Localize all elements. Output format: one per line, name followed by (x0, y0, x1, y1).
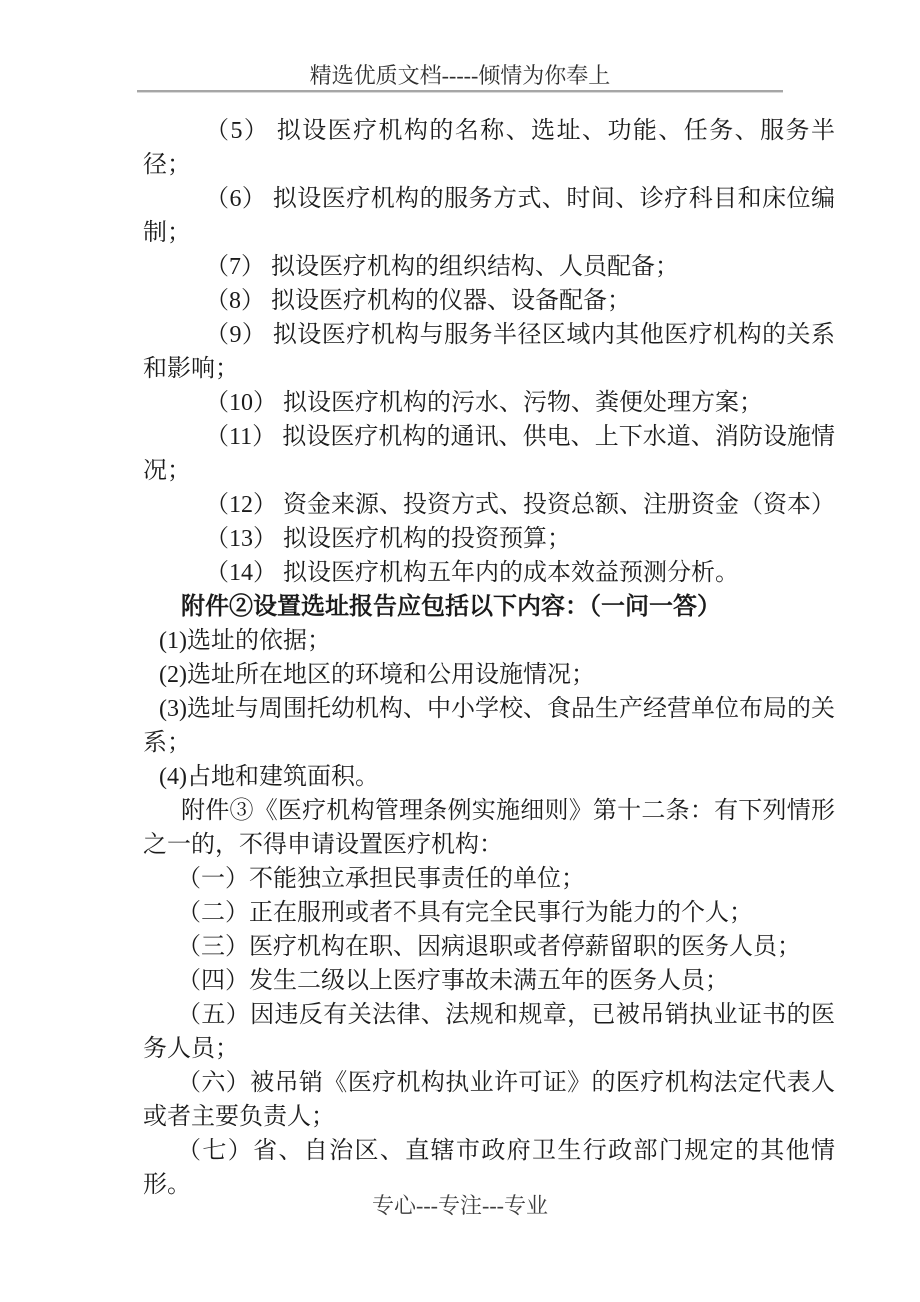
paragraph: （三）医疗机构在职、因病退职或者停薪留职的医务人员； (143, 930, 835, 964)
page-header-text: 精选优质文档-----倾情为你奉上 (137, 61, 783, 91)
document-page: 精选优质文档-----倾情为你奉上 （5） 拟设医疗机构的名称、选址、功能、任务… (0, 0, 920, 1302)
paragraph: (1)选址的依据； (143, 624, 835, 658)
paragraph: （9） 拟设医疗机构与服务半径区域内其他医疗机构的关系和影响； (143, 318, 835, 386)
paragraph: （8） 拟设医疗机构的仪器、设备配备； (143, 284, 835, 318)
paragraph: （12） 资金来源、投资方式、投资总额、注册资金（资本） (143, 488, 835, 522)
paragraph: （二）正在服刑或者不具有完全民事行为能力的个人； (143, 896, 835, 930)
paragraph: (2)选址所在地区的环境和公用设施情况； (143, 658, 835, 692)
page-footer-text: 专心---专注---专业 (0, 1192, 920, 1220)
paragraph: (4)占地和建筑面积。 (143, 760, 835, 794)
paragraph: （一）不能独立承担民事责任的单位； (143, 862, 835, 896)
paragraph: （五）因违反有关法律、法规和规章，已被吊销执业证书的医务人员； (143, 998, 835, 1066)
paragraph: （13） 拟设医疗机构的投资预算； (143, 522, 835, 556)
paragraph: （四）发生二级以上医疗事故未满五年的医务人员； (143, 964, 835, 998)
paragraph: （7） 拟设医疗机构的组织结构、人员配备； (143, 250, 835, 284)
header-rule-divider (137, 90, 783, 93)
paragraph: （11） 拟设医疗机构的通讯、供电、上下水道、消防设施情况； (143, 420, 835, 488)
paragraph: 附件②设置选址报告应包括以下内容：（一问一答） (143, 590, 835, 624)
paragraph: （14） 拟设医疗机构五年内的成本效益预测分析。 (143, 556, 835, 590)
paragraph: (3)选址与周围托幼机构、中小学校、食品生产经营单位布局的关系； (143, 692, 835, 760)
paragraph: （6） 拟设医疗机构的服务方式、时间、诊疗科目和床位编制； (143, 182, 835, 250)
paragraph: （六）被吊销《医疗机构执业许可证》的医疗机构法定代表人或者主要负责人； (143, 1066, 835, 1134)
paragraph: （5） 拟设医疗机构的名称、选址、功能、任务、服务半径； (143, 114, 835, 182)
body-paragraphs: （5） 拟设医疗机构的名称、选址、功能、任务、服务半径；（6） 拟设医疗机构的服… (143, 114, 835, 1202)
paragraph: 附件③《医疗机构管理条例实施细则》第十二条：有下列情形之一的，不得申请设置医疗机… (143, 794, 835, 862)
paragraph: （10） 拟设医疗机构的污水、污物、粪便处理方案； (143, 386, 835, 420)
